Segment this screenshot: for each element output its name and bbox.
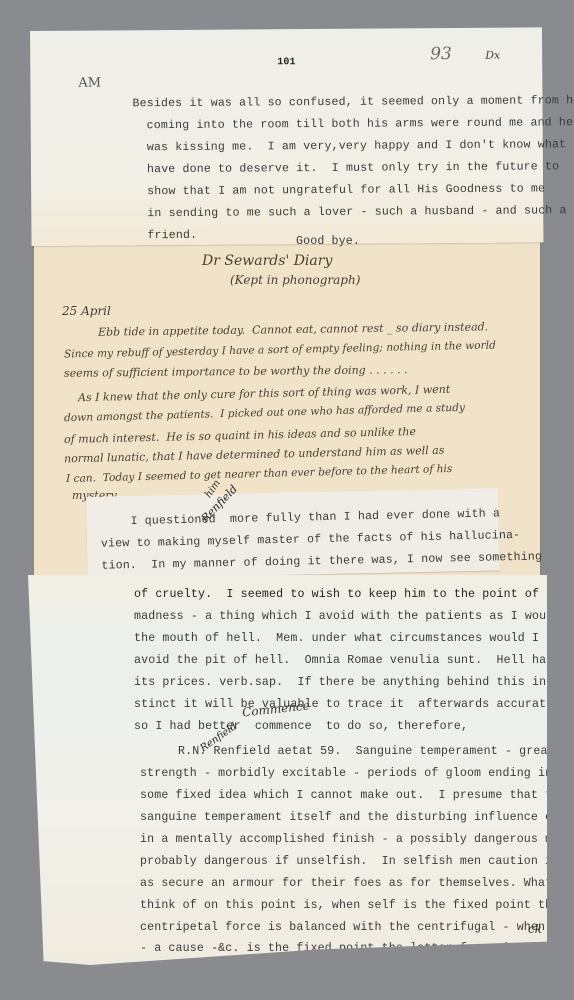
typed-line: Besides it was all so confused, it seeme… xyxy=(132,95,574,110)
typed-line: madness - a thing which I avoid with the… xyxy=(134,611,560,623)
diary-line: As I knew that the only cure for this so… xyxy=(78,384,450,403)
handwritten-page-number: 93 xyxy=(430,46,452,63)
typed-line: in sending to me such a lover - such a h… xyxy=(147,205,566,220)
typed-line: view to making myself master of the fact… xyxy=(101,530,520,550)
typed-line: friend. xyxy=(147,230,197,242)
typed-line: strength - morbidly excitable - periods … xyxy=(140,768,552,780)
corner-mark-right: Dx xyxy=(485,50,500,61)
typed-line: centripetal force is balanced with the c… xyxy=(140,922,574,934)
typed-sheet-top: AM 101 93 Dx Besides it was all so confu… xyxy=(30,27,543,246)
diary-line: Since my rebuff of yesterday I have a so… xyxy=(64,340,496,360)
typed-line: I questioned more fully than I had ever … xyxy=(130,508,500,527)
typed-line: the mouth of hell. Mem. under what circu… xyxy=(134,633,568,645)
typed-line: mount and only accident or a series of a… xyxy=(140,963,566,975)
diary-line: of much interest. He is so quaint in his… xyxy=(64,426,416,445)
typed-line: some fixed idea which I cannot make out.… xyxy=(140,790,566,802)
diary-line: seems of sufficient importance to be wor… xyxy=(64,364,408,379)
diary-line: Ebb tide in appetite today. Cannot eat, … xyxy=(98,321,488,337)
typed-line: so I had better commence to do so, there… xyxy=(134,721,468,733)
corner-initials-left: AM xyxy=(78,77,101,90)
typed-line: of cruelty. I seemed to wish to keep him… xyxy=(134,589,568,601)
typed-line: sanguine temperament itself and the dist… xyxy=(140,812,574,824)
diary-heading: Dr Sewards' Diary xyxy=(202,254,332,268)
typed-line: show that I am not ungrateful for all Hi… xyxy=(147,183,545,197)
typed-line: stinct it will be valuable to trace it a… xyxy=(134,699,568,711)
typed-line: as secure an armour for their foes as fo… xyxy=(140,878,566,890)
typed-line: coming into the room till both his arms … xyxy=(147,117,574,132)
diary-line: I can. Today I seemed to get nearer than… xyxy=(66,464,453,485)
typed-signoff: Good bye. xyxy=(296,236,360,248)
diary-subheading: (Kept in phonograph) xyxy=(230,274,360,286)
typed-line: was kissing me. I am very,very happy and… xyxy=(147,139,574,154)
corner-mark-bottom: ck xyxy=(528,923,542,935)
typed-line: avoid the pit of hell. Omnia Romae venul… xyxy=(134,655,553,667)
typed-line: tion. In my manner of doing it there was… xyxy=(101,551,542,572)
typed-strip-middle: I questioned more fully than I had ever … xyxy=(86,488,500,579)
typed-line: its prices. verb.sap. If there be anythi… xyxy=(134,677,553,689)
diary-line: down amongst the patients. I picked out … xyxy=(64,403,465,424)
typed-sheet-bottom: of cruelty. I seemed to wish to keep him… xyxy=(28,575,547,965)
typed-line: think of on this point is, when self is … xyxy=(140,900,559,912)
typed-line: have done to deserve it. I must only try… xyxy=(147,161,559,175)
diary-line: normal lunatic, that I have determined t… xyxy=(64,445,445,465)
typed-line: R.N. Renfield aetat 59. Sanguine tempera… xyxy=(178,746,574,758)
diary-date: 25 April xyxy=(62,305,111,317)
typed-line: probably dangerous if unselfish. In self… xyxy=(140,856,559,868)
typed-page-number: 101 xyxy=(277,58,296,68)
typed-line: - a cause -&c. is the fixed point the la… xyxy=(140,943,559,955)
typed-line: in a mentally accomplished finish - a po… xyxy=(140,834,574,846)
